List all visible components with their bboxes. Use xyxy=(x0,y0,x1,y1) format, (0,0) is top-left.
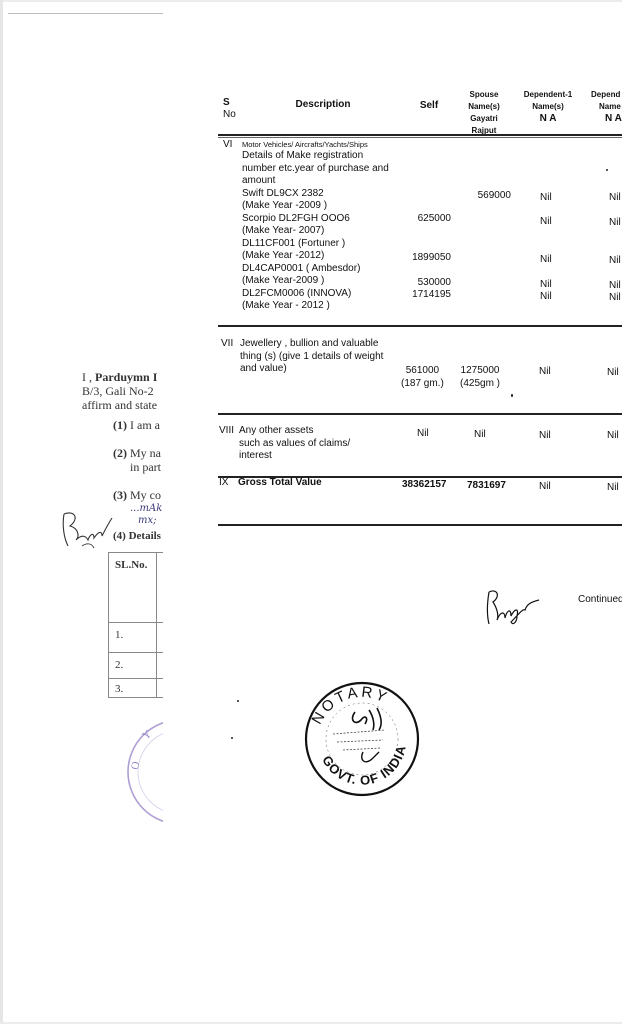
jewellery-spouse-weight: (425gm ) xyxy=(460,377,500,390)
section-vii-description: Jewellery , bullion and valuable thing (… xyxy=(240,338,383,376)
desc-line: thing (s) (give 1 details of weight xyxy=(240,351,383,364)
underlying-table-row: 2. xyxy=(109,652,163,678)
header-dependent-2-names: Name xyxy=(591,101,622,113)
vehicle-fortuner: DL11CF001 (Fortuner ) xyxy=(242,238,389,251)
desc-line: Jewellery , bullion and valuable xyxy=(240,338,383,351)
underlying-table-row: 3. xyxy=(109,678,163,698)
item-1-text: I am a xyxy=(130,418,160,432)
fortuner-dep2-value: Nil xyxy=(609,255,621,266)
scan-speck xyxy=(511,394,513,397)
gross-total-self-value: 38362157 xyxy=(402,479,447,490)
section-viii-description: Any other assets such as values of claim… xyxy=(239,425,350,463)
header-dependent-1-value: N A xyxy=(516,113,580,125)
item-3: (3) My co xyxy=(113,488,161,503)
vehicle-ambassador: DL4CAP0001 ( Ambesdor) xyxy=(242,263,389,276)
item-3-handwritten-1: ...mAk xyxy=(130,503,162,514)
scan-speck xyxy=(231,737,233,739)
svg-text:Y: Y xyxy=(140,728,154,742)
section-vi-number: VI xyxy=(223,139,232,150)
fortuner-self-value: 1899050 xyxy=(403,252,451,263)
section-divider xyxy=(218,325,622,327)
innova-dep2-value: Nil xyxy=(609,292,621,303)
item-4-text: Details xyxy=(129,530,161,542)
swift-dep2-value: Nil xyxy=(609,192,621,203)
header-spouse: Spouse Name(s) Gayatri Rajput xyxy=(457,89,511,137)
notary-stamp-top-text: NOTARY xyxy=(308,684,391,728)
notary-stamp: NOTARY GOVT. OF INDIA xyxy=(303,680,421,798)
svg-text:NOTARY: NOTARY xyxy=(308,684,391,728)
deponent-name: Parduymn xyxy=(95,370,150,384)
section-divider xyxy=(218,413,622,415)
continued-label: Continued xyxy=(578,594,622,605)
innova-dep1-value: Nil xyxy=(540,291,552,302)
deponent-intro-line: I , Parduymn I xyxy=(82,370,157,385)
purple-notary-stamp-partial: Y O o ℴ xyxy=(118,712,163,832)
header-spouse-names: Name(s) xyxy=(457,101,511,113)
header-dependent-1: Dependent-1 Name(s) N A xyxy=(516,89,580,125)
header-s-no: S No xyxy=(223,97,236,121)
header-self: Self xyxy=(411,100,447,111)
item-3-number: (3) xyxy=(113,488,127,502)
fortuner-dep1-value: Nil xyxy=(540,254,552,265)
header-dependent-2-label: Depend xyxy=(591,89,622,101)
header-dependent-1-names: Name(s) xyxy=(516,101,580,113)
item-1-number: (1) xyxy=(113,418,127,432)
scorpio-dep2-value: Nil xyxy=(609,217,621,228)
svg-text:O: O xyxy=(129,761,142,771)
vehicle-ambassador-year: (Make Year-2009 ) xyxy=(242,275,389,288)
deponent-address: B/3, Gali No-2 xyxy=(82,384,154,399)
header-dependent-2: Depend Name N A xyxy=(591,89,622,125)
jewellery-self-value: 561000 (187 gm.) xyxy=(401,364,444,390)
scorpio-dep1-value: Nil xyxy=(540,216,552,227)
header-double-rule-bottom xyxy=(218,137,622,138)
ambassador-dep2-value: Nil xyxy=(609,280,621,291)
deponent-signature xyxy=(483,586,543,628)
item-2-number: (2) xyxy=(113,446,127,460)
underlying-details-table: SL.No. 1. 2. 3. xyxy=(108,552,163,698)
jewellery-self-amount: 561000 xyxy=(401,364,444,377)
desc-line: such as values of claims/ xyxy=(239,438,350,451)
header-spouse-first-name: Gayatri xyxy=(457,113,511,125)
row-number: 2. xyxy=(115,659,123,671)
table-bottom-rule xyxy=(218,524,622,526)
affirm-line: affirm and state xyxy=(82,398,157,413)
other-assets-self-value: Nil xyxy=(417,428,429,439)
section-vi-description: Details of Make registration number etc.… xyxy=(242,150,389,313)
header-spouse-label: Spouse xyxy=(457,89,511,101)
underlying-table-header: SL.No. xyxy=(109,552,163,622)
jewellery-self-weight: (187 gm.) xyxy=(401,377,444,390)
item-4-number: (4) xyxy=(113,530,126,542)
desc-line: interest xyxy=(239,450,350,463)
desc-line: and value) xyxy=(240,363,383,376)
swift-dep1-value: Nil xyxy=(540,192,552,203)
jewellery-spouse-amount: 1275000 xyxy=(460,364,500,377)
item-2: (2) My na xyxy=(113,446,161,461)
vehicle-scorpio-year: (Make Year- 2007) xyxy=(242,225,389,238)
vehicle-innova: DL2FCM0006 (INNOVA) xyxy=(242,288,389,301)
scorpio-self-value: 625000 xyxy=(403,213,451,224)
other-assets-dep2-value: Nil xyxy=(607,430,619,441)
asset-declaration-page: S No Description Self Spouse Name(s) Gay… xyxy=(163,0,622,1024)
desc-line: amount xyxy=(242,175,389,188)
swift-spouse-value: 569000 xyxy=(463,190,511,201)
gross-total-dep2-value: Nil xyxy=(607,482,619,493)
header-dependent-2-value: N A xyxy=(591,113,622,125)
vehicle-swift: Swift DL9CX 2382 xyxy=(242,188,389,201)
column-divider xyxy=(156,553,157,622)
item-2-continuation: in part xyxy=(130,460,161,475)
jewellery-dep2-value: Nil xyxy=(607,367,619,378)
item-4: (4) Details xyxy=(113,530,161,542)
sl-no-header: SL.No. xyxy=(115,559,147,571)
vehicle-scorpio: Scorpio DL2FGH OOO6 xyxy=(242,213,389,226)
ambassador-dep1-value: Nil xyxy=(540,279,552,290)
row-number: 1. xyxy=(115,629,123,641)
gross-total-spouse-value: 7831697 xyxy=(467,480,506,491)
vehicle-fortuner-year: (Make Year -2012) xyxy=(242,250,389,263)
gross-total-label: Gross Total Value xyxy=(238,477,322,490)
other-assets-spouse-value: Nil xyxy=(474,429,486,440)
underlying-table-row: 1. xyxy=(109,622,163,652)
section-ix-number: IX xyxy=(219,477,228,488)
jewellery-spouse-value: 1275000 (425gm ) xyxy=(460,364,500,390)
column-divider xyxy=(156,623,157,652)
item-3-text: My co xyxy=(130,488,161,502)
column-divider xyxy=(156,679,157,697)
item-3-handwritten-2: mx; xyxy=(138,515,157,526)
header-description: Description xyxy=(283,99,363,110)
header-s: S xyxy=(223,97,236,109)
vehicle-innova-year: (Make Year - 2012 ) xyxy=(242,300,389,313)
column-divider xyxy=(156,653,157,678)
header-no: No xyxy=(223,109,236,121)
item-2-text: My na xyxy=(130,446,161,460)
intro-prefix: I , xyxy=(82,370,95,384)
desc-line: Any other assets xyxy=(239,425,350,438)
section-vii-number: VII xyxy=(221,338,233,349)
deponent-signature-left xyxy=(58,506,114,552)
header-double-rule-top xyxy=(218,134,622,136)
gross-total-dep1-value: Nil xyxy=(539,481,551,492)
deponent-name-suffix: I xyxy=(150,370,158,384)
notary-stamp-bottom-text: GOVT. OF INDIA xyxy=(319,743,409,788)
scan-speck xyxy=(237,700,239,702)
svg-text:GOVT. OF INDIA: GOVT. OF INDIA xyxy=(319,743,409,788)
underlying-page: I , Parduymn I B/3, Gali No-2 affirm and… xyxy=(0,0,163,1024)
underlying-top-rule xyxy=(8,13,163,14)
scan-speck xyxy=(606,169,608,171)
row-number: 3. xyxy=(115,683,123,695)
item-1: (1) I am a xyxy=(113,418,160,433)
vehicle-swift-year: (Make Year -2009 ) xyxy=(242,200,389,213)
section-viii-number: VIII xyxy=(219,425,234,436)
other-assets-dep1-value: Nil xyxy=(539,430,551,441)
innova-self-value: 1714195 xyxy=(403,289,451,300)
jewellery-dep1-value: Nil xyxy=(539,366,551,377)
header-dependent-1-label: Dependent-1 xyxy=(516,89,580,101)
desc-line: Details of Make registration xyxy=(242,150,389,163)
desc-line: number etc.year of purchase and xyxy=(242,163,389,176)
ambassador-self-value: 530000 xyxy=(403,277,451,288)
